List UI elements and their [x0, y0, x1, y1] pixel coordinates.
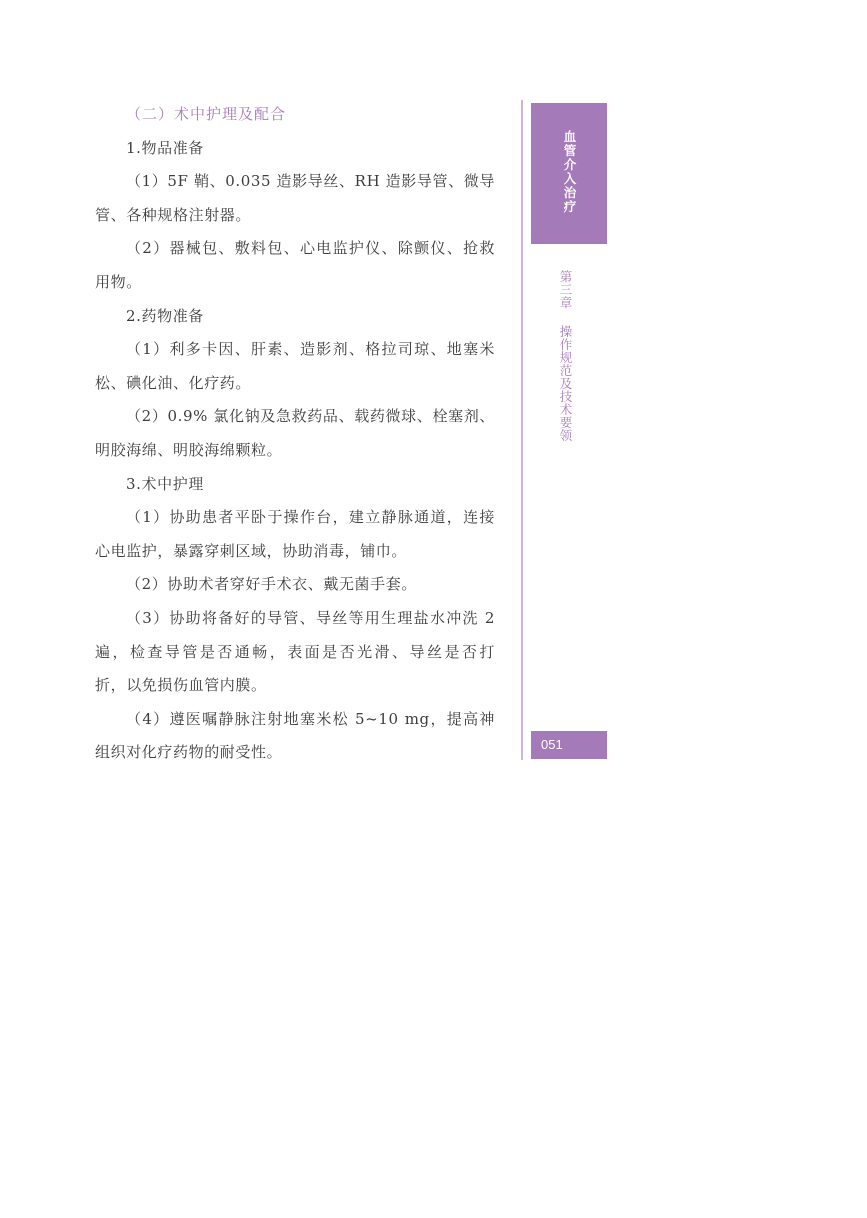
chapter-label: 第三章	[558, 270, 573, 309]
subsection-title-drugs: 2.药物准备	[95, 300, 495, 334]
paragraph-line: 管、各种规格注射器。	[95, 199, 495, 233]
section-heading: （二）术中护理及配合	[95, 98, 495, 132]
paragraph-line: 用物。	[95, 266, 495, 300]
section-tab-label: 血管介入治疗	[560, 130, 578, 214]
paragraph-line: 组织对化疗药物的耐受性。	[95, 736, 495, 770]
chapter-title: 第三章操作规范及技术要领	[556, 270, 574, 442]
paragraph-line: （2）0.9% 氯化钠及急救药品、载药微球、栓塞剂、	[95, 400, 495, 434]
paragraph-line: （3）协助将备好的导管、导丝等用生理盐水冲洗 2	[95, 602, 495, 636]
subsection-title-supplies: 1.物品准备	[95, 132, 495, 166]
paragraph-line: （2）协助术者穿好手术衣、戴无菌手套。	[95, 568, 495, 602]
page-number: 051	[531, 731, 607, 759]
paragraph-line: （2）器械包、敷料包、心电监护仪、除颤仪、抢救	[95, 232, 495, 266]
paragraph-line: （4）遵医嘱静脉注射地塞米松 5~10 mg，提高神经	[95, 703, 495, 737]
paragraph-line: （1）利多卡因、肝素、造影剂、格拉司琼、地塞米	[95, 333, 495, 367]
paragraph-line: 心电监护，暴露穿刺区域，协助消毒，铺巾。	[95, 535, 495, 569]
sidebar-divider	[521, 100, 523, 760]
paragraph-line: （1）协助患者平卧于操作台，建立静脉通道，连接	[95, 501, 495, 535]
paragraph-line: 明胶海绵、明胶海绵颗粒。	[95, 434, 495, 468]
paragraph-line: （1）5F 鞘、0.035 造影导丝、RH 造影导管、微导	[95, 165, 495, 199]
paragraph-line: 松、碘化油、化疗药。	[95, 367, 495, 401]
paragraph-line: 折，以免损伤血管内膜。	[95, 669, 495, 703]
section-tab: 血管介入治疗	[531, 103, 607, 244]
subsection-title-intraop-care: 3.术中护理	[95, 468, 495, 502]
paragraph-line: 遍，检查导管是否通畅，表面是否光滑、导丝是否打	[95, 636, 495, 670]
chapter-name: 操作规范及技术要领	[558, 325, 573, 442]
page-body: （二）术中护理及配合 1.物品准备 （1）5F 鞘、0.035 造影导丝、RH …	[95, 98, 495, 770]
